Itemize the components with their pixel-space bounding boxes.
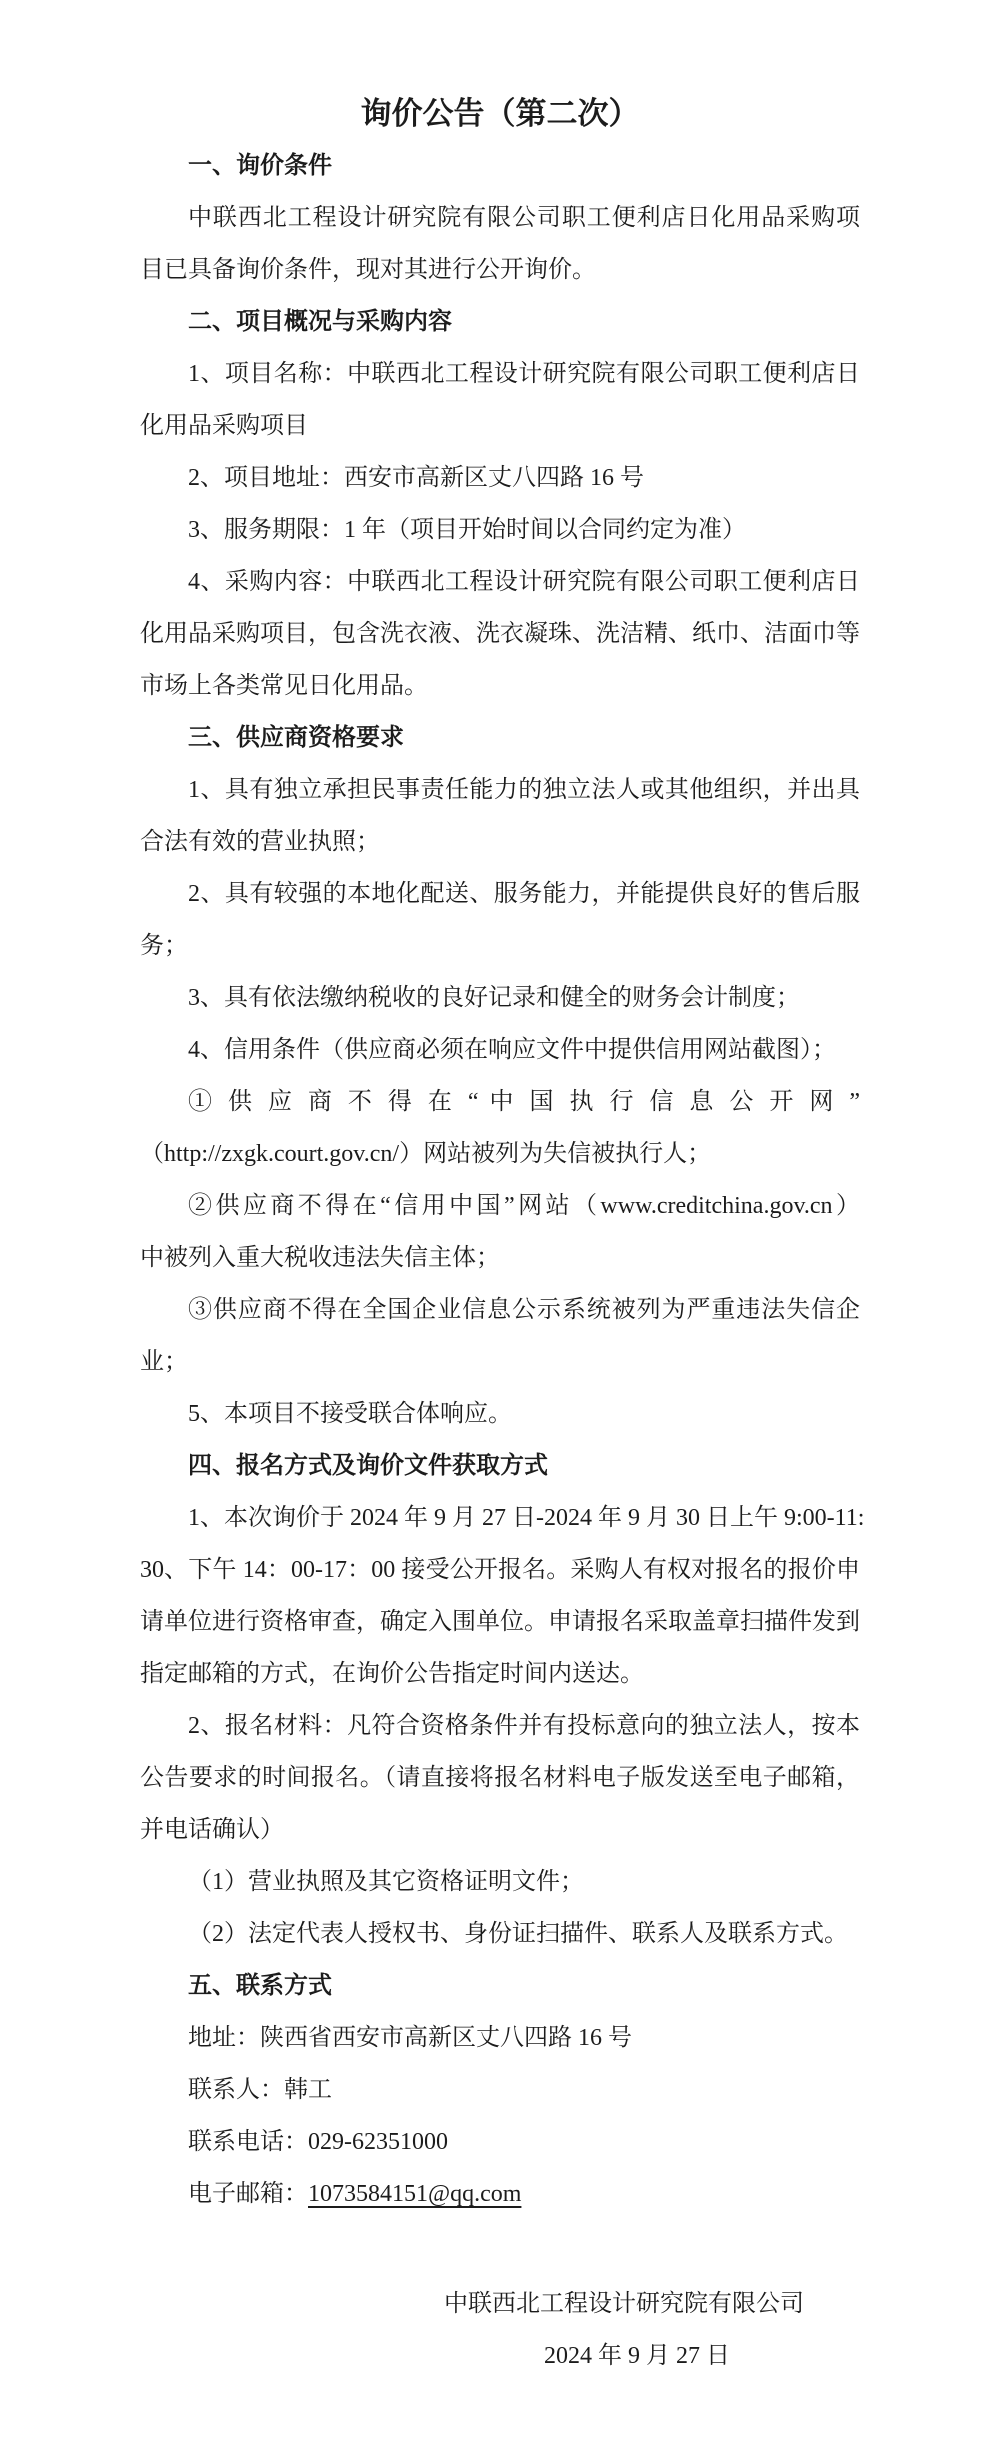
paragraph-line: 化用品采购项目，包含洗衣液、洗衣凝珠、洗洁精、纸巾、洁面巾等 <box>140 608 860 660</box>
signature-company: 中联西北工程设计研究院有限公司 <box>434 2278 814 2330</box>
paragraph-line: 化用品采购项目 <box>140 400 860 452</box>
line-text: 1、项目名称：中联西北工程设计研究院有限公司职工便利店日 <box>188 361 860 387</box>
line-text: 目已具备询价条件，现对其进行公开询价。 <box>140 257 596 283</box>
line-text: 3、服务期限：1 年（项目开始时间以合同约定为准） <box>188 517 746 543</box>
line-text: 一、询价条件 <box>188 153 332 179</box>
line-text: 4、信用条件（供应商必须在响应文件中提供信用网站截图）； <box>188 1037 836 1063</box>
paragraph-line: （http://zxgk.court.gov.cn/）网站被列为失信被执行人； <box>140 1128 860 1180</box>
paragraph-line: 30、下午 14：00-17：00 接受公开报名。采购人有权对报名的报价申 <box>140 1544 860 1596</box>
paragraph-line: 2、项目地址：西安市高新区丈八四路 16 号 <box>140 452 860 504</box>
line-text: 化用品采购项目，包含洗衣液、洗衣凝珠、洗洁精、纸巾、洁面巾等 <box>140 621 860 647</box>
paragraph-line: 3、服务期限：1 年（项目开始时间以合同约定为准） <box>140 504 860 556</box>
paragraph-line: 中被列入重大税收违法失信主体； <box>140 1232 860 1284</box>
section-heading: 一、询价条件 <box>140 140 860 192</box>
paragraph-line: 5、本项目不接受联合体响应。 <box>140 1388 860 1440</box>
paragraph-line: 联系人：韩工 <box>140 2064 860 2116</box>
line-text: 业； <box>140 1349 188 1375</box>
line-text: 4、采购内容：中联西北工程设计研究院有限公司职工便利店日 <box>188 569 860 595</box>
paragraph-line: 联系电话：029-62351000 <box>140 2116 860 2168</box>
paragraph-line: ③供应商不得在全国企业信息公示系统被列为严重违法失信企 <box>140 1284 860 1336</box>
document-title: 询价公告（第二次） <box>140 88 860 140</box>
line-text: 1、具有独立承担民事责任能力的独立法人或其他组织，并出具 <box>188 777 860 803</box>
section-heading: 五、联系方式 <box>140 1960 860 2012</box>
section-heading: 二、项目概况与采购内容 <box>140 296 860 348</box>
paragraph-line: 务； <box>140 920 860 972</box>
signature-date: 2024 年 9 月 27 日 <box>434 2330 814 2382</box>
line-text: 市场上各类常见日化用品。 <box>140 673 428 699</box>
line-text: ③供应商不得在全国企业信息公示系统被列为严重违法失信企 <box>188 1297 860 1323</box>
line-text: 2、具有较强的本地化配送、服务能力，并能提供良好的售后服 <box>188 881 860 907</box>
line-text: 中被列入重大税收违法失信主体； <box>140 1245 500 1271</box>
section-heading: 四、报名方式及询价文件获取方式 <box>140 1440 860 1492</box>
line-text: （2）法定代表人授权书、身份证扫描件、联系人及联系方式。 <box>188 1921 848 1947</box>
paragraph-line: 电子邮箱：1073584151@qq.com <box>140 2168 860 2220</box>
paragraph-line: 公告要求的时间报名。（请直接将报名材料电子版发送至电子邮箱， <box>140 1752 860 1804</box>
line-text: 请单位进行资格审查，确定入围单位。申请报名采取盖章扫描件发到 <box>140 1609 860 1635</box>
line-text: ②供应商不得在“信用中国”网站（www.creditchina.gov.cn） <box>188 1193 860 1219</box>
line-text: 四、报名方式及询价文件获取方式 <box>188 1453 548 1479</box>
line-text: 电子邮箱： <box>188 2181 308 2207</box>
paragraph-line: 1、项目名称：中联西北工程设计研究院有限公司职工便利店日 <box>140 348 860 400</box>
line-text: 并电话确认） <box>140 1817 284 1843</box>
line-text: 二、项目概况与采购内容 <box>188 309 452 335</box>
paragraph-line: 合法有效的营业执照； <box>140 816 860 868</box>
line-text: 五、联系方式 <box>188 1973 332 1999</box>
line-text: 联系电话：029-62351000 <box>188 2129 448 2155</box>
paragraph-line: 中联西北工程设计研究院有限公司职工便利店日化用品采购项 <box>140 192 860 244</box>
document-page: 询价公告（第二次） 一、询价条件中联西北工程设计研究院有限公司职工便利店日化用品… <box>0 0 1000 2450</box>
section-heading: 三、供应商资格要求 <box>140 712 860 764</box>
email-text: 1073584151@qq.com <box>308 2181 521 2207</box>
paragraph-line: 指定邮箱的方式，在询价公告指定时间内送达。 <box>140 1648 860 1700</box>
line-text: 化用品采购项目 <box>140 413 308 439</box>
line-text: 3、具有依法缴纳税收的良好记录和健全的财务会计制度； <box>188 985 800 1011</box>
signature-block: 中联西北工程设计研究院有限公司 2024 年 9 月 27 日 <box>434 2278 814 2382</box>
line-text: 2、项目地址：西安市高新区丈八四路 16 号 <box>188 465 644 491</box>
paragraph-line: 3、具有依法缴纳税收的良好记录和健全的财务会计制度； <box>140 972 860 1024</box>
paragraph-line: ②供应商不得在“信用中国”网站（www.creditchina.gov.cn） <box>140 1180 860 1232</box>
paragraph-line: 并电话确认） <box>140 1804 860 1856</box>
paragraph-line: 4、采购内容：中联西北工程设计研究院有限公司职工便利店日 <box>140 556 860 608</box>
paragraph-line: ① 供 应 商 不 得 在 “ 中 国 执 行 信 息 公 开 网 ” <box>140 1076 860 1128</box>
paragraph-line: 2、具有较强的本地化配送、服务能力，并能提供良好的售后服 <box>140 868 860 920</box>
paragraph-line: 2、报名材料：凡符合资格条件并有投标意向的独立法人，按本 <box>140 1700 860 1752</box>
line-text: 1、本次询价于 2024 年 9 月 27 日-2024 年 9 月 30 日上… <box>188 1505 864 1531</box>
line-text: 2、报名材料：凡符合资格条件并有投标意向的独立法人，按本 <box>188 1713 860 1739</box>
line-text: （1）营业执照及其它资格证明文件； <box>188 1869 584 1895</box>
paragraph-line: 4、信用条件（供应商必须在响应文件中提供信用网站截图）； <box>140 1024 860 1076</box>
line-text: 5、本项目不接受联合体响应。 <box>188 1401 512 1427</box>
line-text: 合法有效的营业执照； <box>140 829 380 855</box>
paragraph-line: 地址：陕西省西安市高新区丈八四路 16 号 <box>140 2012 860 2064</box>
paragraph-line: 1、具有独立承担民事责任能力的独立法人或其他组织，并出具 <box>140 764 860 816</box>
paragraph-line: 市场上各类常见日化用品。 <box>140 660 860 712</box>
paragraph-line: 1、本次询价于 2024 年 9 月 27 日-2024 年 9 月 30 日上… <box>140 1492 860 1544</box>
line-text: 公告要求的时间报名。（请直接将报名材料电子版发送至电子邮箱， <box>140 1765 860 1791</box>
line-text: 三、供应商资格要求 <box>188 725 404 751</box>
paragraph-line: 业； <box>140 1336 860 1388</box>
paragraph-line: 目已具备询价条件，现对其进行公开询价。 <box>140 244 860 296</box>
line-text: 指定邮箱的方式，在询价公告指定时间内送达。 <box>140 1661 644 1687</box>
paragraph-line: 请单位进行资格审查，确定入围单位。申请报名采取盖章扫描件发到 <box>140 1596 860 1648</box>
paragraph-line: （2）法定代表人授权书、身份证扫描件、联系人及联系方式。 <box>140 1908 860 1960</box>
line-text: 30、下午 14：00-17：00 接受公开报名。采购人有权对报名的报价申 <box>140 1557 860 1583</box>
line-text: （http://zxgk.court.gov.cn/）网站被列为失信被执行人； <box>140 1141 711 1167</box>
line-text: 务； <box>140 933 188 959</box>
line-text: 地址：陕西省西安市高新区丈八四路 16 号 <box>188 2025 632 2051</box>
paragraph-line: （1）营业执照及其它资格证明文件； <box>140 1856 860 1908</box>
line-text: ① 供 应 商 不 得 在 “ 中 国 执 行 信 息 公 开 网 ” <box>188 1089 860 1115</box>
line-text: 联系人：韩工 <box>188 2077 332 2103</box>
line-text: 中联西北工程设计研究院有限公司职工便利店日化用品采购项 <box>188 205 860 231</box>
